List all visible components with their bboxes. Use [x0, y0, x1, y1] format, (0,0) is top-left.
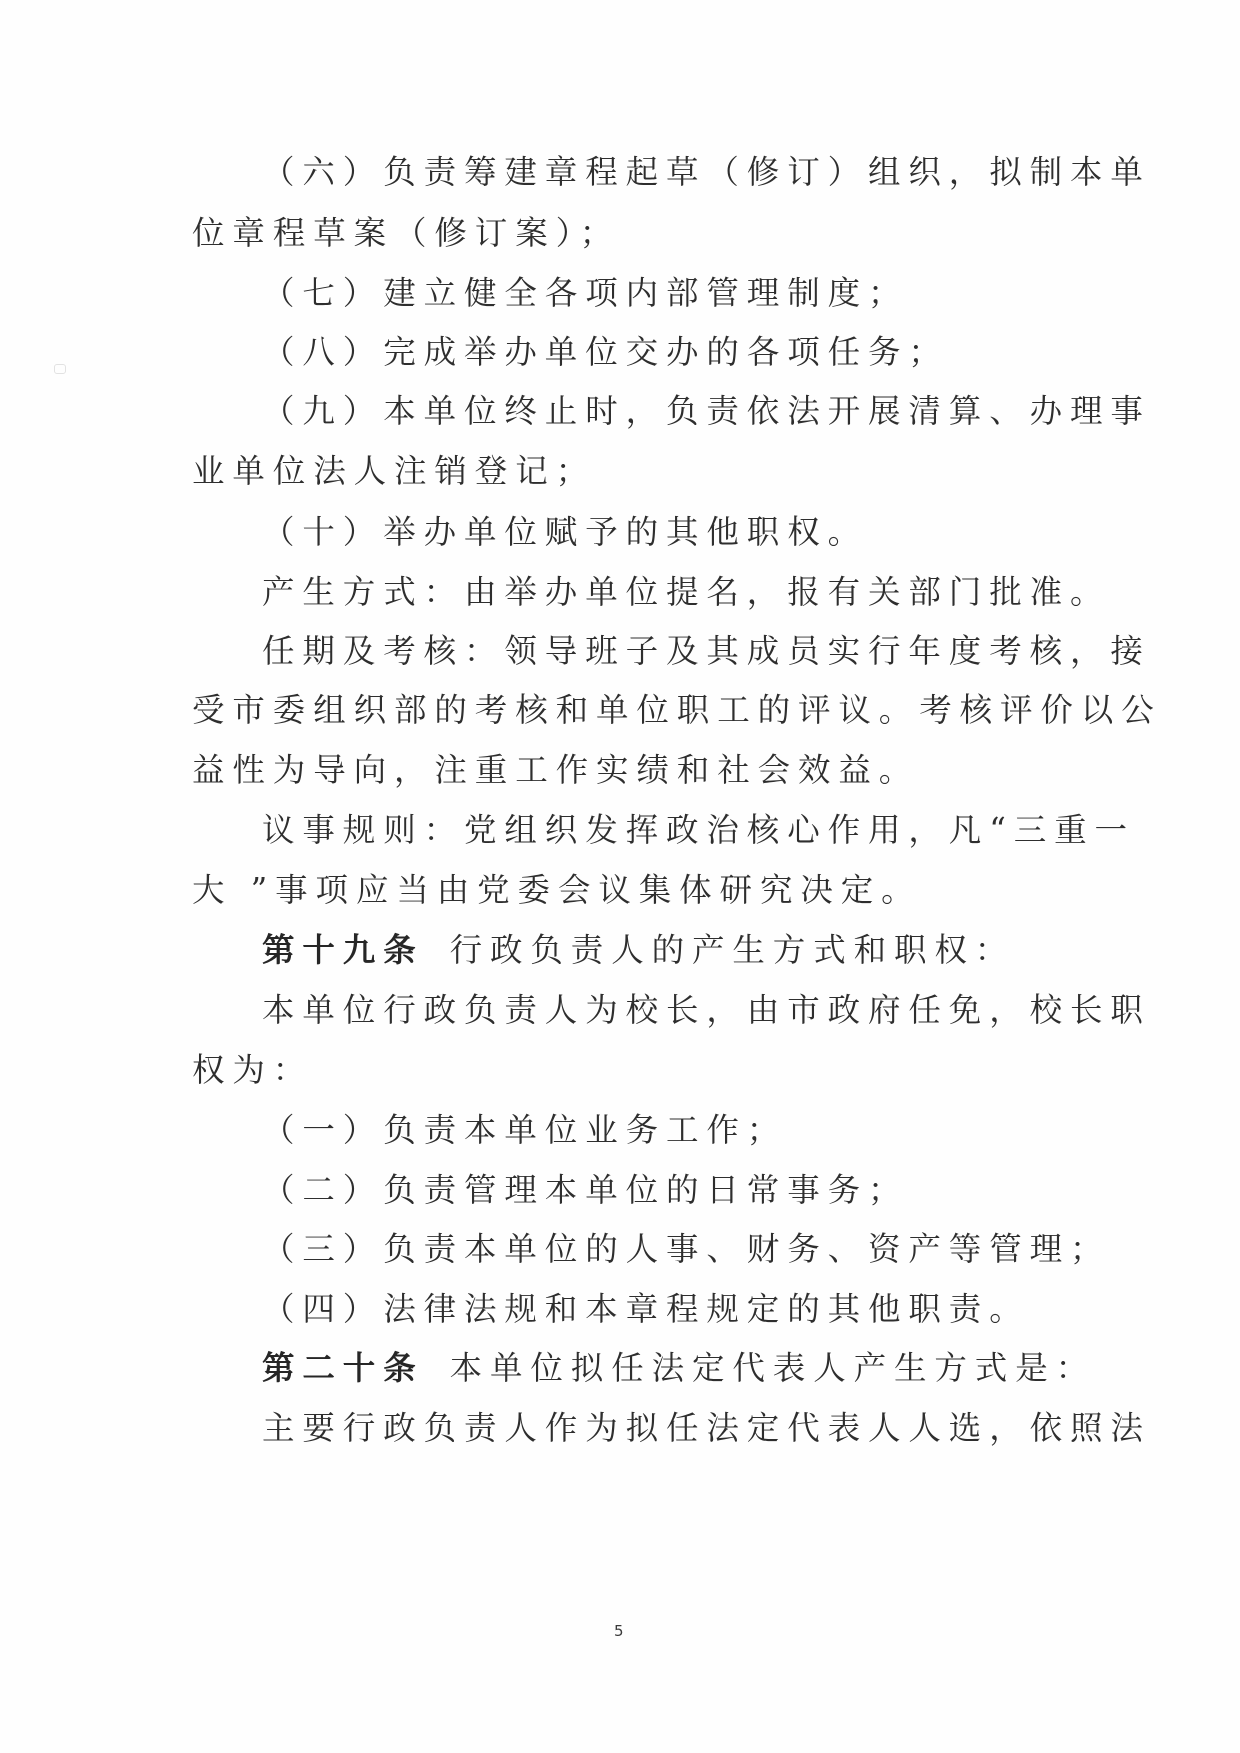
document-page: （六）负责筹建章程起草（修订）组织，拟制本单 位章程草案（修订案）； （七）建立…	[0, 0, 1240, 1753]
line-text: （十）举办单位赋予的其他职权。	[262, 513, 868, 551]
text-line-duty-7: （七）建立健全各项内部管理制度；	[262, 273, 908, 313]
text-line-term-assessment: 任期及考核：领导班子及其成员实行年度考核，接	[262, 631, 1151, 671]
scan-artifact-mark	[54, 364, 66, 374]
text-line-power-4: （四）法律法规和本章程规定的其他职责。	[262, 1289, 1030, 1329]
line-text: （二）负责管理本单位的日常事务；	[262, 1171, 908, 1209]
article-20-heading: 第二十条本单位拟任法定代表人产生方式是：	[262, 1348, 1096, 1388]
line-text: （八）完成举办单位交办的各项任务；	[262, 333, 949, 371]
text-line-admin-head-cont: 权为：	[192, 1050, 313, 1090]
text-line-rules-of-procedure: 议事规则：党组织发挥政治核心作用，凡“三重一	[262, 810, 1135, 850]
text-line-duty-6-cont: 位章程草案（修订案）；	[192, 213, 620, 253]
line-text: 本单位拟任法定代表人产生方式是：	[450, 1349, 1096, 1387]
page-number: 5	[614, 1622, 624, 1640]
text-line-legal-rep: 主要行政负责人作为拟任法定代表人人选，依照法	[262, 1408, 1151, 1448]
line-text: 行政负责人的产生方式和职权：	[450, 931, 1016, 969]
line-text: （七）建立健全各项内部管理制度；	[262, 274, 908, 312]
article-number: 第十九条	[262, 931, 424, 969]
line-text: 任期及考核：领导班子及其成员实行年度考核，接	[262, 632, 1151, 670]
line-text: 权为：	[192, 1051, 313, 1089]
line-text: 益性为导向，注重工作实绩和社会效益。	[192, 751, 919, 789]
line-text: 业单位法人注销登记；	[192, 452, 596, 490]
line-text: 议事规则：党组织发挥政治核心作用，凡“三重一	[262, 811, 1135, 849]
article-19-heading: 第十九条行政负责人的产生方式和职权：	[262, 930, 1015, 970]
text-line-duty-9: （九）本单位终止时，负责依法开展清算、办理事	[262, 391, 1151, 431]
line-text: （六）负责筹建章程起草（修订）组织，拟制本单	[262, 153, 1151, 191]
text-line-admin-head: 本单位行政负责人为校长，由市政府任免，校长职	[262, 990, 1151, 1030]
line-text: 大 ”事项应当由党委会议集体研究决定。	[192, 871, 922, 909]
line-text: （一）负责本单位业务工作；	[262, 1111, 787, 1149]
line-text: （九）本单位终止时，负责依法开展清算、办理事	[262, 392, 1151, 430]
line-text: 本单位行政负责人为校长，由市政府任免，校长职	[262, 991, 1151, 1029]
line-text: 产生方式：由举办单位提名，报有关部门批准。	[262, 573, 1110, 611]
line-text: （三）负责本单位的人事、财务、资产等管理；	[262, 1230, 1110, 1268]
text-line-selection-method: 产生方式：由举办单位提名，报有关部门批准。	[262, 572, 1110, 612]
text-line-power-1: （一）负责本单位业务工作；	[262, 1110, 787, 1150]
text-line-term-assessment-cont: 受市委组织部的考核和单位职工的评议。考核评价以公	[192, 690, 1162, 730]
article-number: 第二十条	[262, 1349, 424, 1387]
text-line-duty-10: （十）举办单位赋予的其他职权。	[262, 512, 868, 552]
text-line-power-3: （三）负责本单位的人事、财务、资产等管理；	[262, 1229, 1110, 1269]
line-text: （四）法律法规和本章程规定的其他职责。	[262, 1290, 1030, 1328]
text-line-duty-6: （六）负责筹建章程起草（修订）组织，拟制本单	[262, 152, 1151, 192]
text-line-power-2: （二）负责管理本单位的日常事务；	[262, 1170, 908, 1210]
text-line-duty-8: （八）完成举办单位交办的各项任务；	[262, 332, 949, 372]
text-line-duty-9-cont: 业单位法人注销登记；	[192, 451, 596, 491]
line-text: 受市委组织部的考核和单位职工的评议。考核评价以公	[192, 691, 1162, 729]
text-line-rules-of-procedure-cont: 大 ”事项应当由党委会议集体研究决定。	[192, 870, 922, 910]
text-line-term-assessment-cont-2: 益性为导向，注重工作实绩和社会效益。	[192, 750, 919, 790]
line-text: 位章程草案（修订案）；	[192, 214, 620, 252]
line-text: 主要行政负责人作为拟任法定代表人人选，依照法	[262, 1409, 1151, 1447]
